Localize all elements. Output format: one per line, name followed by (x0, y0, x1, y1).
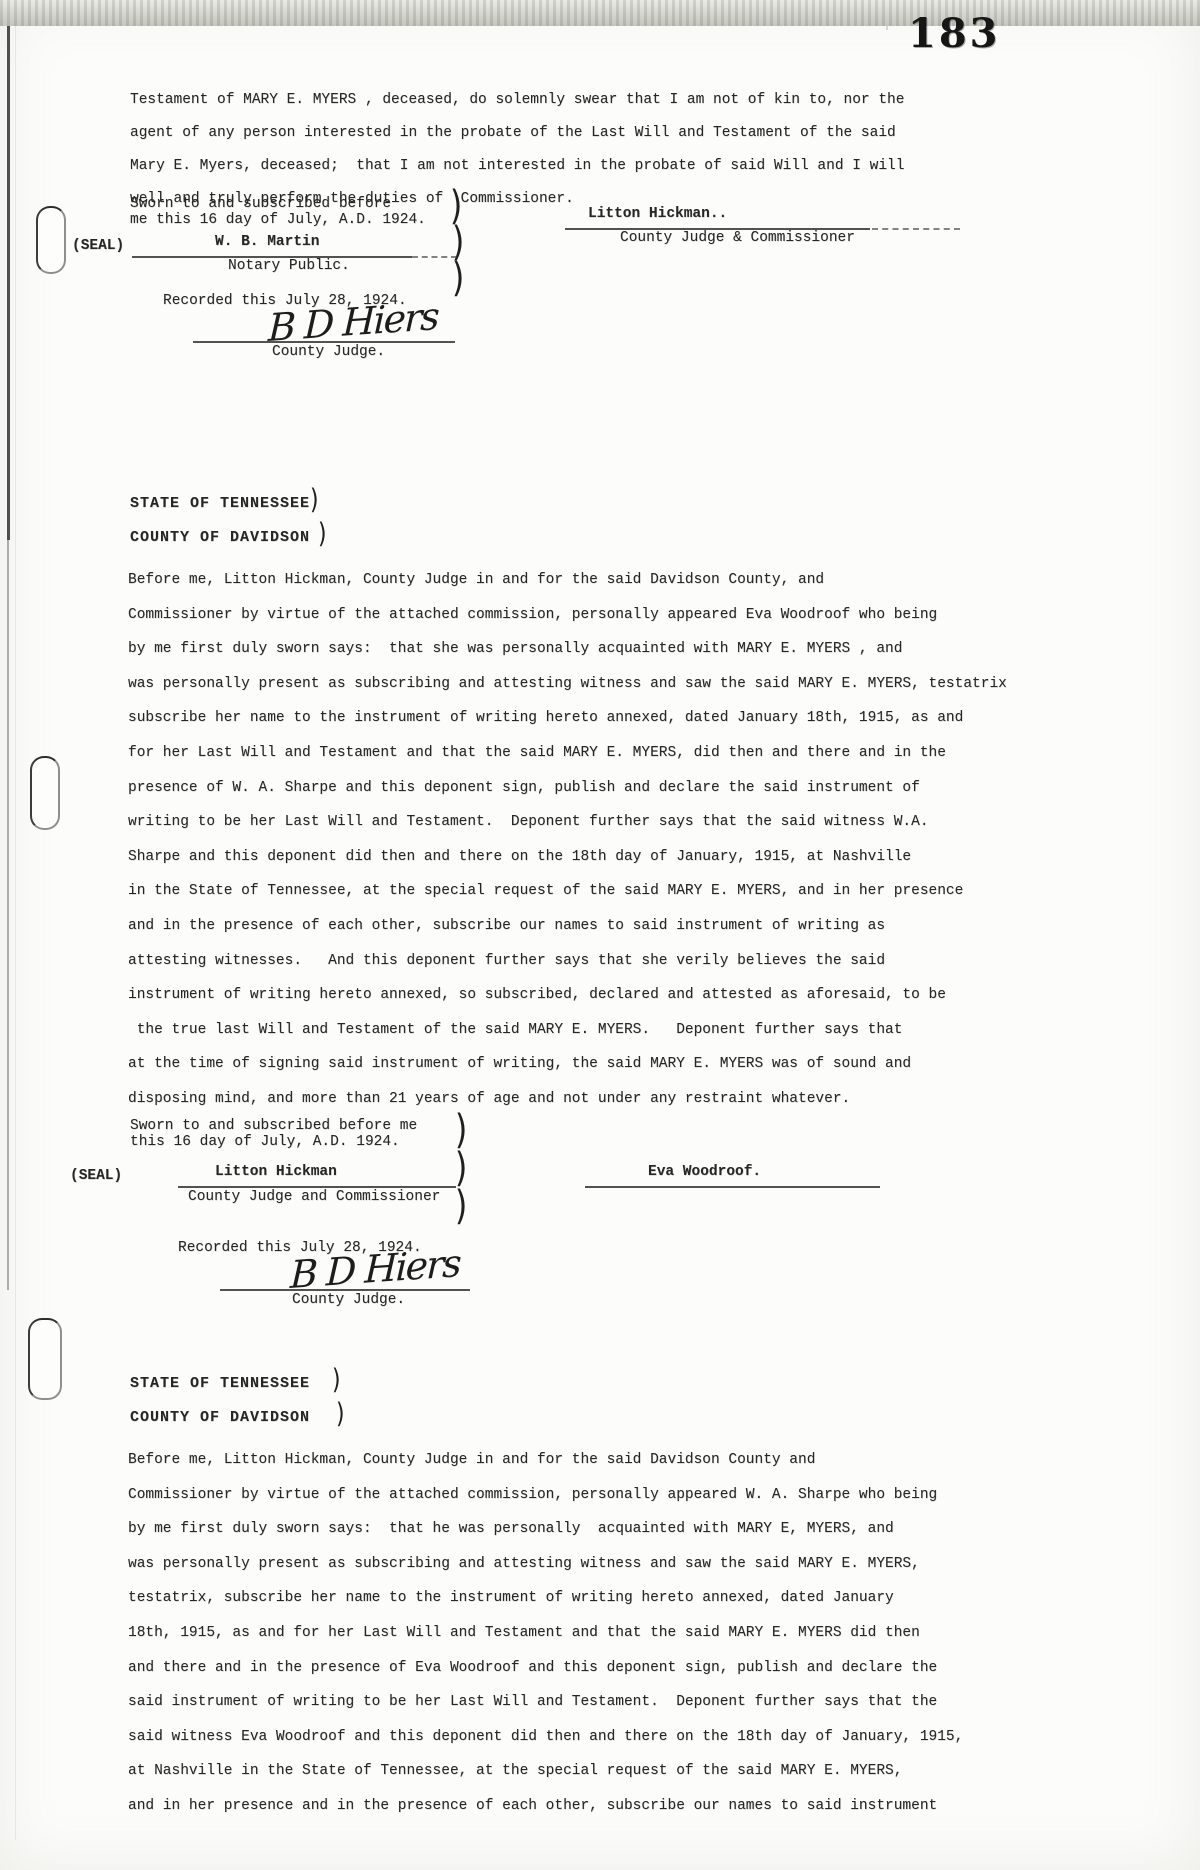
signature-rule (193, 341, 455, 343)
text-line: at the time of signing said instrument o… (128, 1047, 1007, 1082)
text-line: attesting witnesses. And this deponent f… (128, 944, 1007, 979)
text-line: presence of W. A. Sharpe and this depone… (128, 771, 1007, 806)
signature-rule-dashes (412, 256, 457, 258)
jurat1-sworn-line2: me this 16 day of July, A.D. 1924. (130, 212, 426, 228)
judge-signature: Litton Hickman (215, 1164, 337, 1180)
venue1-paren: ) (316, 519, 329, 550)
text-line: subscribe her name to the instrument of … (128, 701, 1007, 736)
affidavit2-paragraph: Before me, Litton Hickman, County Judge … (128, 1443, 963, 1824)
text-line: instrument of writing hereto annexed, so… (128, 978, 1007, 1013)
text-line: and in her presence and in the presence … (128, 1789, 963, 1824)
text-line: by me first duly sworn says: that she wa… (128, 632, 1007, 667)
text-line: was personally present as subscribing an… (128, 667, 1007, 702)
affidavit1-paragraph: Before me, Litton Hickman, County Judge … (128, 563, 1007, 1117)
scan-bottom-band (0, 0, 1200, 26)
text-line: Testament of MARY E. MYERS , deceased, d… (130, 84, 904, 117)
text-line: said witness Eva Woodroof and this depon… (128, 1720, 963, 1755)
text-line: Before me, Litton Hickman, County Judge … (128, 563, 1007, 598)
venue2-county: COUNTY OF DAVIDSON (130, 1409, 310, 1426)
jurat1-sworn-line1: Sworn to and subscribed before (130, 196, 391, 212)
judge-title: County Judge & Commissioner (620, 230, 855, 246)
text-line: said instrument of writing to be her Las… (128, 1685, 963, 1720)
venue2-state: STATE OF TENNESSEE (130, 1375, 310, 1392)
text-line: agent of any person interested in the pr… (130, 117, 904, 150)
text-line: disposing mind, and more than 21 years o… (128, 1082, 1007, 1117)
signature-rule-dashes (872, 228, 960, 230)
jurat2-sworn-line2: this 16 day of July, A.D. 1924. (130, 1134, 400, 1150)
recorded2-title: County Judge. (292, 1292, 405, 1308)
signature-rule (585, 1186, 880, 1188)
text-line: in the State of Tennessee, at the specia… (128, 874, 1007, 909)
text-line: Sharpe and this deponent did then and th… (128, 840, 1007, 875)
scan-margin-rule (15, 0, 16, 1840)
notary-title: Notary Public. (228, 258, 350, 274)
signature-rule (220, 1289, 470, 1291)
recorded1-title: County Judge. (272, 344, 385, 360)
notary-signature: W. B. Martin (215, 234, 319, 250)
text-line: and in the presence of each other, subsc… (128, 909, 1007, 944)
venue2-paren: ) (330, 1365, 343, 1396)
punch-hole (28, 1318, 62, 1400)
venue1-state: STATE OF TENNESSEE (130, 495, 310, 512)
text-line: Commissioner by virtue of the attached c… (128, 598, 1007, 633)
witness-signature: Eva Woodroof. (648, 1164, 761, 1180)
venue1-county: COUNTY OF DAVIDSON (130, 529, 310, 546)
scanned-probate-record-page: 183 Testament of MARY E. MYERS , decease… (0, 0, 1200, 1870)
scan-edge-line-bottom (7, 540, 9, 1290)
page-number: 183 (908, 10, 1001, 57)
seal-label: (SEAL) (72, 238, 124, 254)
text-line: Mary E. Myers, deceased; that I am not i… (130, 150, 904, 183)
signature-rule (178, 1186, 456, 1188)
judge-signature: Litton Hickman.. (588, 206, 727, 222)
text-line: Commissioner by virtue of the attached c… (128, 1478, 963, 1513)
text-line: at Nashville in the State of Tennessee, … (128, 1754, 963, 1789)
punch-hole (36, 206, 66, 274)
jurat1-brace: ) (449, 253, 468, 301)
punch-hole (30, 756, 60, 830)
scan-edge-line-top (7, 0, 10, 540)
text-line: by me first duly sworn says: that he was… (128, 1512, 963, 1547)
text-line: and there and in the presence of Eva Woo… (128, 1651, 963, 1686)
text-line: Before me, Litton Hickman, County Judge … (128, 1443, 963, 1478)
text-line: testatrix, subscribe her name to the ins… (128, 1581, 963, 1616)
judge-title: County Judge and Commissioner (188, 1189, 440, 1205)
venue2-paren: ) (334, 1399, 347, 1430)
text-line: writing to be her Last Will and Testamen… (128, 805, 1007, 840)
text-line: the true last Will and Testament of the … (128, 1013, 1007, 1048)
jurat2-brace: ) (452, 1181, 471, 1229)
jurat2-sworn-line1: Sworn to and subscribed before me (130, 1118, 417, 1134)
venue1-paren: ) (308, 485, 321, 516)
text-line: 18th, 1915, as and for her Last Will and… (128, 1616, 963, 1651)
text-line: for her Last Will and Testament and that… (128, 736, 1007, 771)
seal-label: (SEAL) (70, 1168, 122, 1184)
text-line: was personally present as subscribing an… (128, 1547, 963, 1582)
